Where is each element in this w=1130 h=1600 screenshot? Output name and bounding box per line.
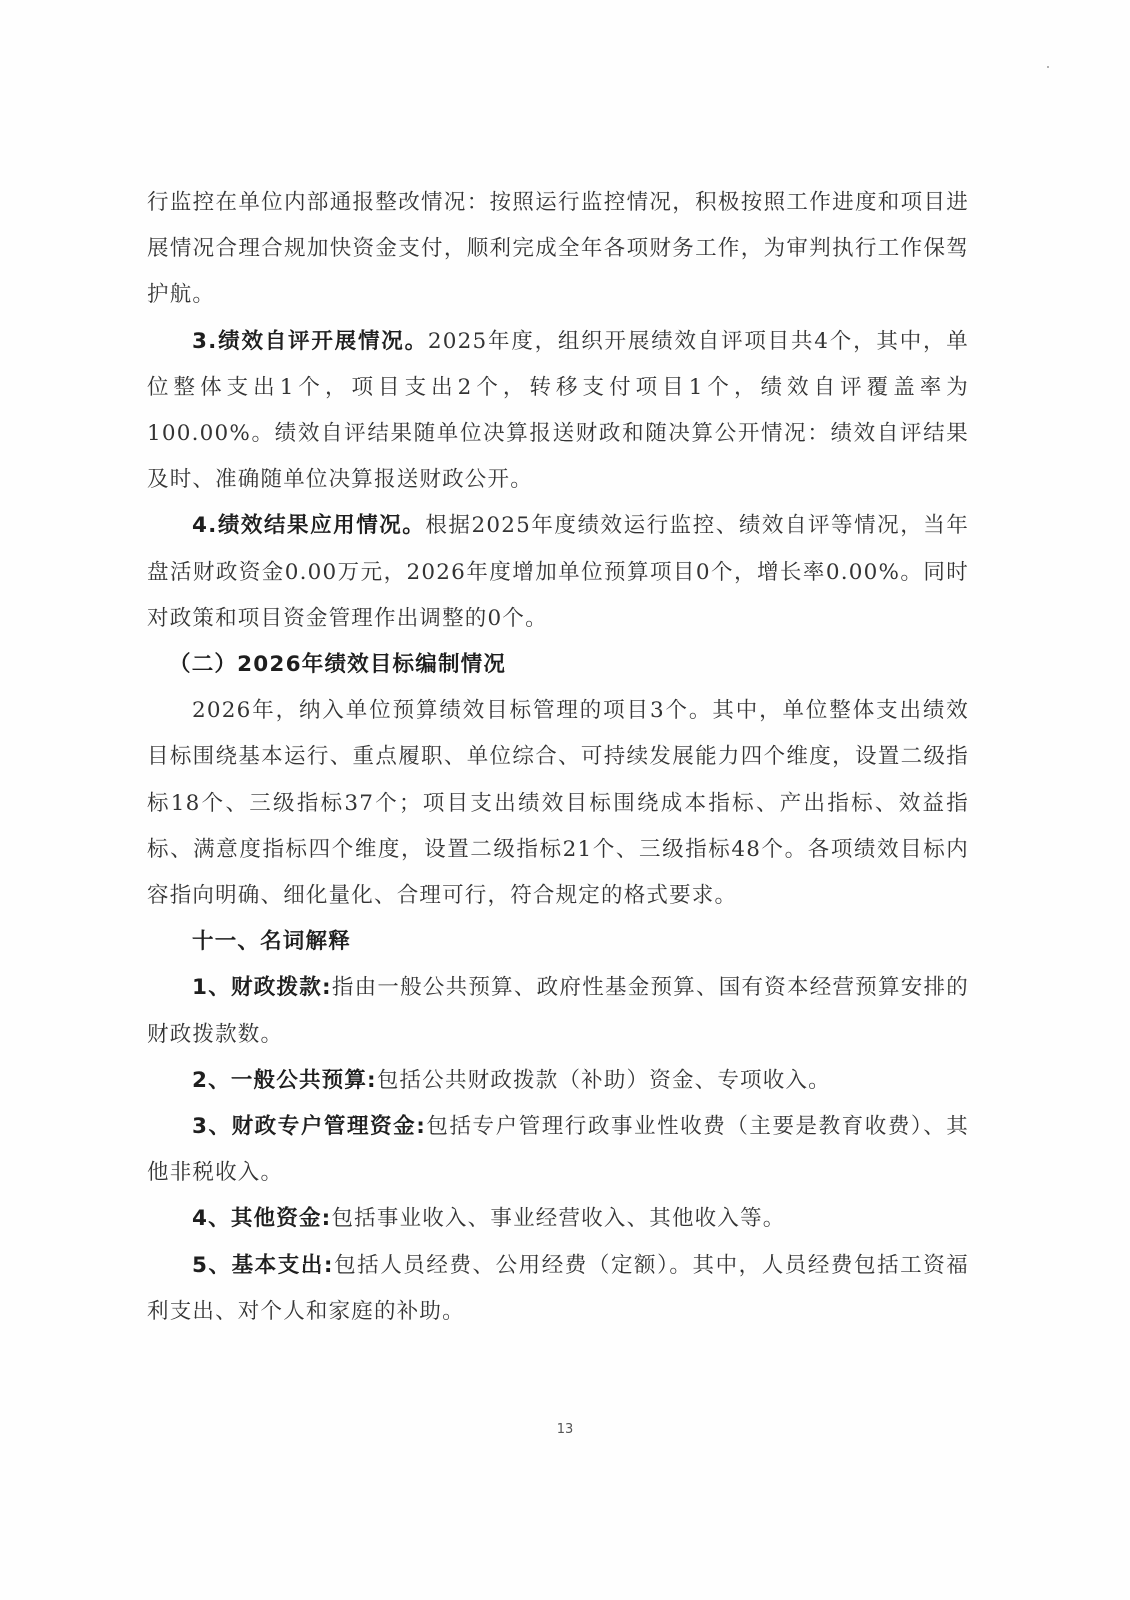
definition-text: 包括公共财政拨款（补助）资金、专项收入。 (377, 1068, 831, 1093)
definition-term: 1、财政拨款: (192, 975, 332, 1000)
scan-speck (1047, 66, 1049, 68)
paragraph-lead: 3.绩效自评开展情况。 (192, 329, 428, 354)
paragraph-results-application: 4.绩效结果应用情况。根据2025年度绩效运行监控、绩效自评等情况，当年盘活财政… (147, 503, 969, 642)
paragraph-2026-targets: 2026年，纳入单位预算绩效目标管理的项目3个。其中，单位整体支出绩效目标围绕基… (147, 688, 969, 919)
definition-item: 3、财政专户管理资金:包括专户管理行政事业性收费（主要是教育收费）、其他非税收入… (147, 1104, 969, 1196)
definition-term: 2、一般公共预算: (192, 1068, 377, 1093)
definition-item: 2、一般公共预算:包括公共财政拨款（补助）资金、专项收入。 (147, 1058, 969, 1104)
paragraph-lead: 4.绩效结果应用情况。 (192, 513, 425, 538)
definition-term: 3、财政专户管理资金: (192, 1114, 426, 1139)
definition-item: 5、基本支出:包括人员经费、公用经费（定额）。其中，人员经费包括工资福利支出、对… (147, 1243, 969, 1335)
page-content: 行监控在单位内部通报整改情况：按照运行监控情况，积极按照工作进度和项目进展情况合… (147, 180, 969, 1335)
paragraph-self-evaluation: 3.绩效自评开展情况。2025年度，组织开展绩效自评项目共4个，其中，单位整体支… (147, 319, 969, 504)
paragraph-text: 行监控在单位内部通报整改情况：按照运行监控情况，积极按照工作进度和项目进展情况合… (147, 190, 969, 307)
definition-item: 1、财政拨款:指由一般公共预算、政府性基金预算、国有资本经营预算安排的财政拨款数… (147, 965, 969, 1057)
definition-item: 4、其他资金:包括事业收入、事业经营收入、其他收入等。 (147, 1196, 969, 1242)
document-page: 行监控在单位内部通报整改情况：按照运行监控情况，积极按照工作进度和项目进展情况合… (0, 0, 1130, 1600)
paragraph-text: 2026年，纳入单位预算绩效目标管理的项目3个。其中，单位整体支出绩效目标围绕基… (147, 698, 969, 908)
paragraph-monitoring-continuation: 行监控在单位内部通报整改情况：按照运行监控情况，积极按照工作进度和项目进展情况合… (147, 180, 969, 319)
section-heading-glossary: 十一、名词解释 (147, 919, 969, 965)
definition-text: 包括事业收入、事业经营收入、其他收入等。 (331, 1206, 785, 1231)
definition-term: 4、其他资金: (192, 1206, 331, 1231)
subheading-2026-targets: （二）2026年绩效目标编制情况 (147, 642, 969, 688)
definition-term: 5、基本支出: (192, 1253, 334, 1278)
page-number: 13 (0, 1422, 1130, 1437)
